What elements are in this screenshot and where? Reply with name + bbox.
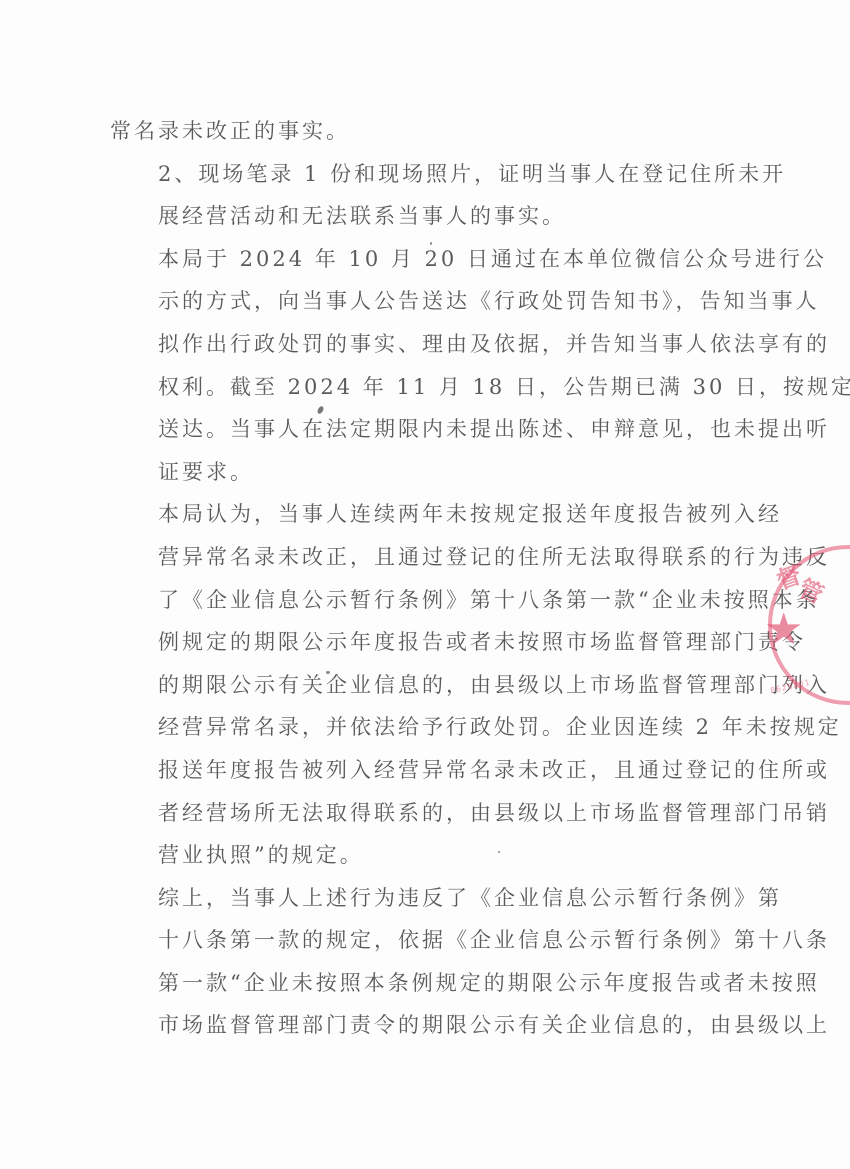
paragraph-conclusion: 综上，当事人上述行为违反了《企业信息公示暂行条例》第 十八条第一款的规定，依据《… xyxy=(110,877,692,1047)
text-line: 第一款“企业未按照本条例规定的期限公示年度报告或者未按照 xyxy=(110,962,692,1005)
text-line: 例规定的期限公示年度报告或者未按照市场监督管理部门责令 xyxy=(110,621,692,664)
text-line: 常名录未改正的事实。 xyxy=(110,110,692,153)
seal-star-icon: ★ xyxy=(764,608,803,652)
text-line: 了《企业信息公示暂行条例》第十八条第一款“企业未按照本条 xyxy=(110,579,692,622)
text-line: 十八条第一款的规定，依据《企业信息公示暂行条例》第十八条 xyxy=(110,919,692,962)
text-line: 本局于 2024 年 10 月 20 日通过在本单位微信公众号进行公 xyxy=(110,238,692,281)
text-line: 报送年度报告被列入经营异常名录未改正，且通过登记的住所或 xyxy=(110,749,692,792)
text-line: 示的方式，向当事人公告送达《行政处罚告知书》，告知当事人 xyxy=(110,280,692,323)
paragraph-evidence-2: 2、现场笔录 1 份和现场照片，证明当事人在登记住所未开 展经营活动和无法联系当… xyxy=(110,153,692,238)
text-line: 营异常名录未改正，且通过登记的住所无法取得联系的行为违反 xyxy=(110,536,692,579)
scan-speck xyxy=(498,851,500,853)
text-line: 者经营场所无法取得联系的，由县级以上市场监督管理部门吊销 xyxy=(110,792,692,835)
text-line: 营业执照”的规定。 xyxy=(110,834,692,877)
text-line: 证要求。 xyxy=(110,451,692,494)
document-body: 常名录未改正的事实。 2、现场笔录 1 份和现场照片，证明当事人在登记住所未开 … xyxy=(110,110,692,1047)
scan-speck xyxy=(430,242,432,245)
text-line: 经营异常名录，并依法给予行政处罚。企业因连续 2 年未按规定 xyxy=(110,706,692,749)
paragraph-bureau-finding: 本局认为，当事人连续两年未按规定报送年度报告被列入经 营异常名录未改正，且通过登… xyxy=(110,493,692,876)
scan-speck xyxy=(326,671,330,674)
text-line: 送达。当事人在法定期限内未提出陈述、申辩意见，也未提出听 xyxy=(110,408,692,451)
paragraph-continuation: 常名录未改正的事实。 xyxy=(110,110,692,153)
text-line: 展经营活动和无法联系当事人的事实。 xyxy=(110,195,692,238)
text-line: 2、现场笔录 1 份和现场照片，证明当事人在登记住所未开 xyxy=(110,153,692,196)
text-line: 权利。截至 2024 年 11 月 18 日，公告期已满 30 日，按规定视为 xyxy=(110,366,692,409)
text-line: 的期限公示有关企业信息的，由县级以上市场监督管理部门列入 xyxy=(110,664,692,707)
text-line: 拟作出行政处罚的事实、理由及依据，并告知当事人依法享有的 xyxy=(110,323,692,366)
paragraph-notice-service: 本局于 2024 年 10 月 20 日通过在本单位微信公众号进行公 示的方式，… xyxy=(110,238,692,494)
text-line: 市场监督管理部门责令的期限公示有关企业信息的，由县级以上 xyxy=(110,1004,692,1047)
text-line: 综上，当事人上述行为违反了《企业信息公示暂行条例》第 xyxy=(110,877,692,920)
text-line: 本局认为，当事人连续两年未按规定报送年度报告被列入经 xyxy=(110,493,692,536)
scanned-page: 常名录未改正的事实。 2、现场笔录 1 份和现场照片，证明当事人在登记住所未开 … xyxy=(0,0,850,1169)
